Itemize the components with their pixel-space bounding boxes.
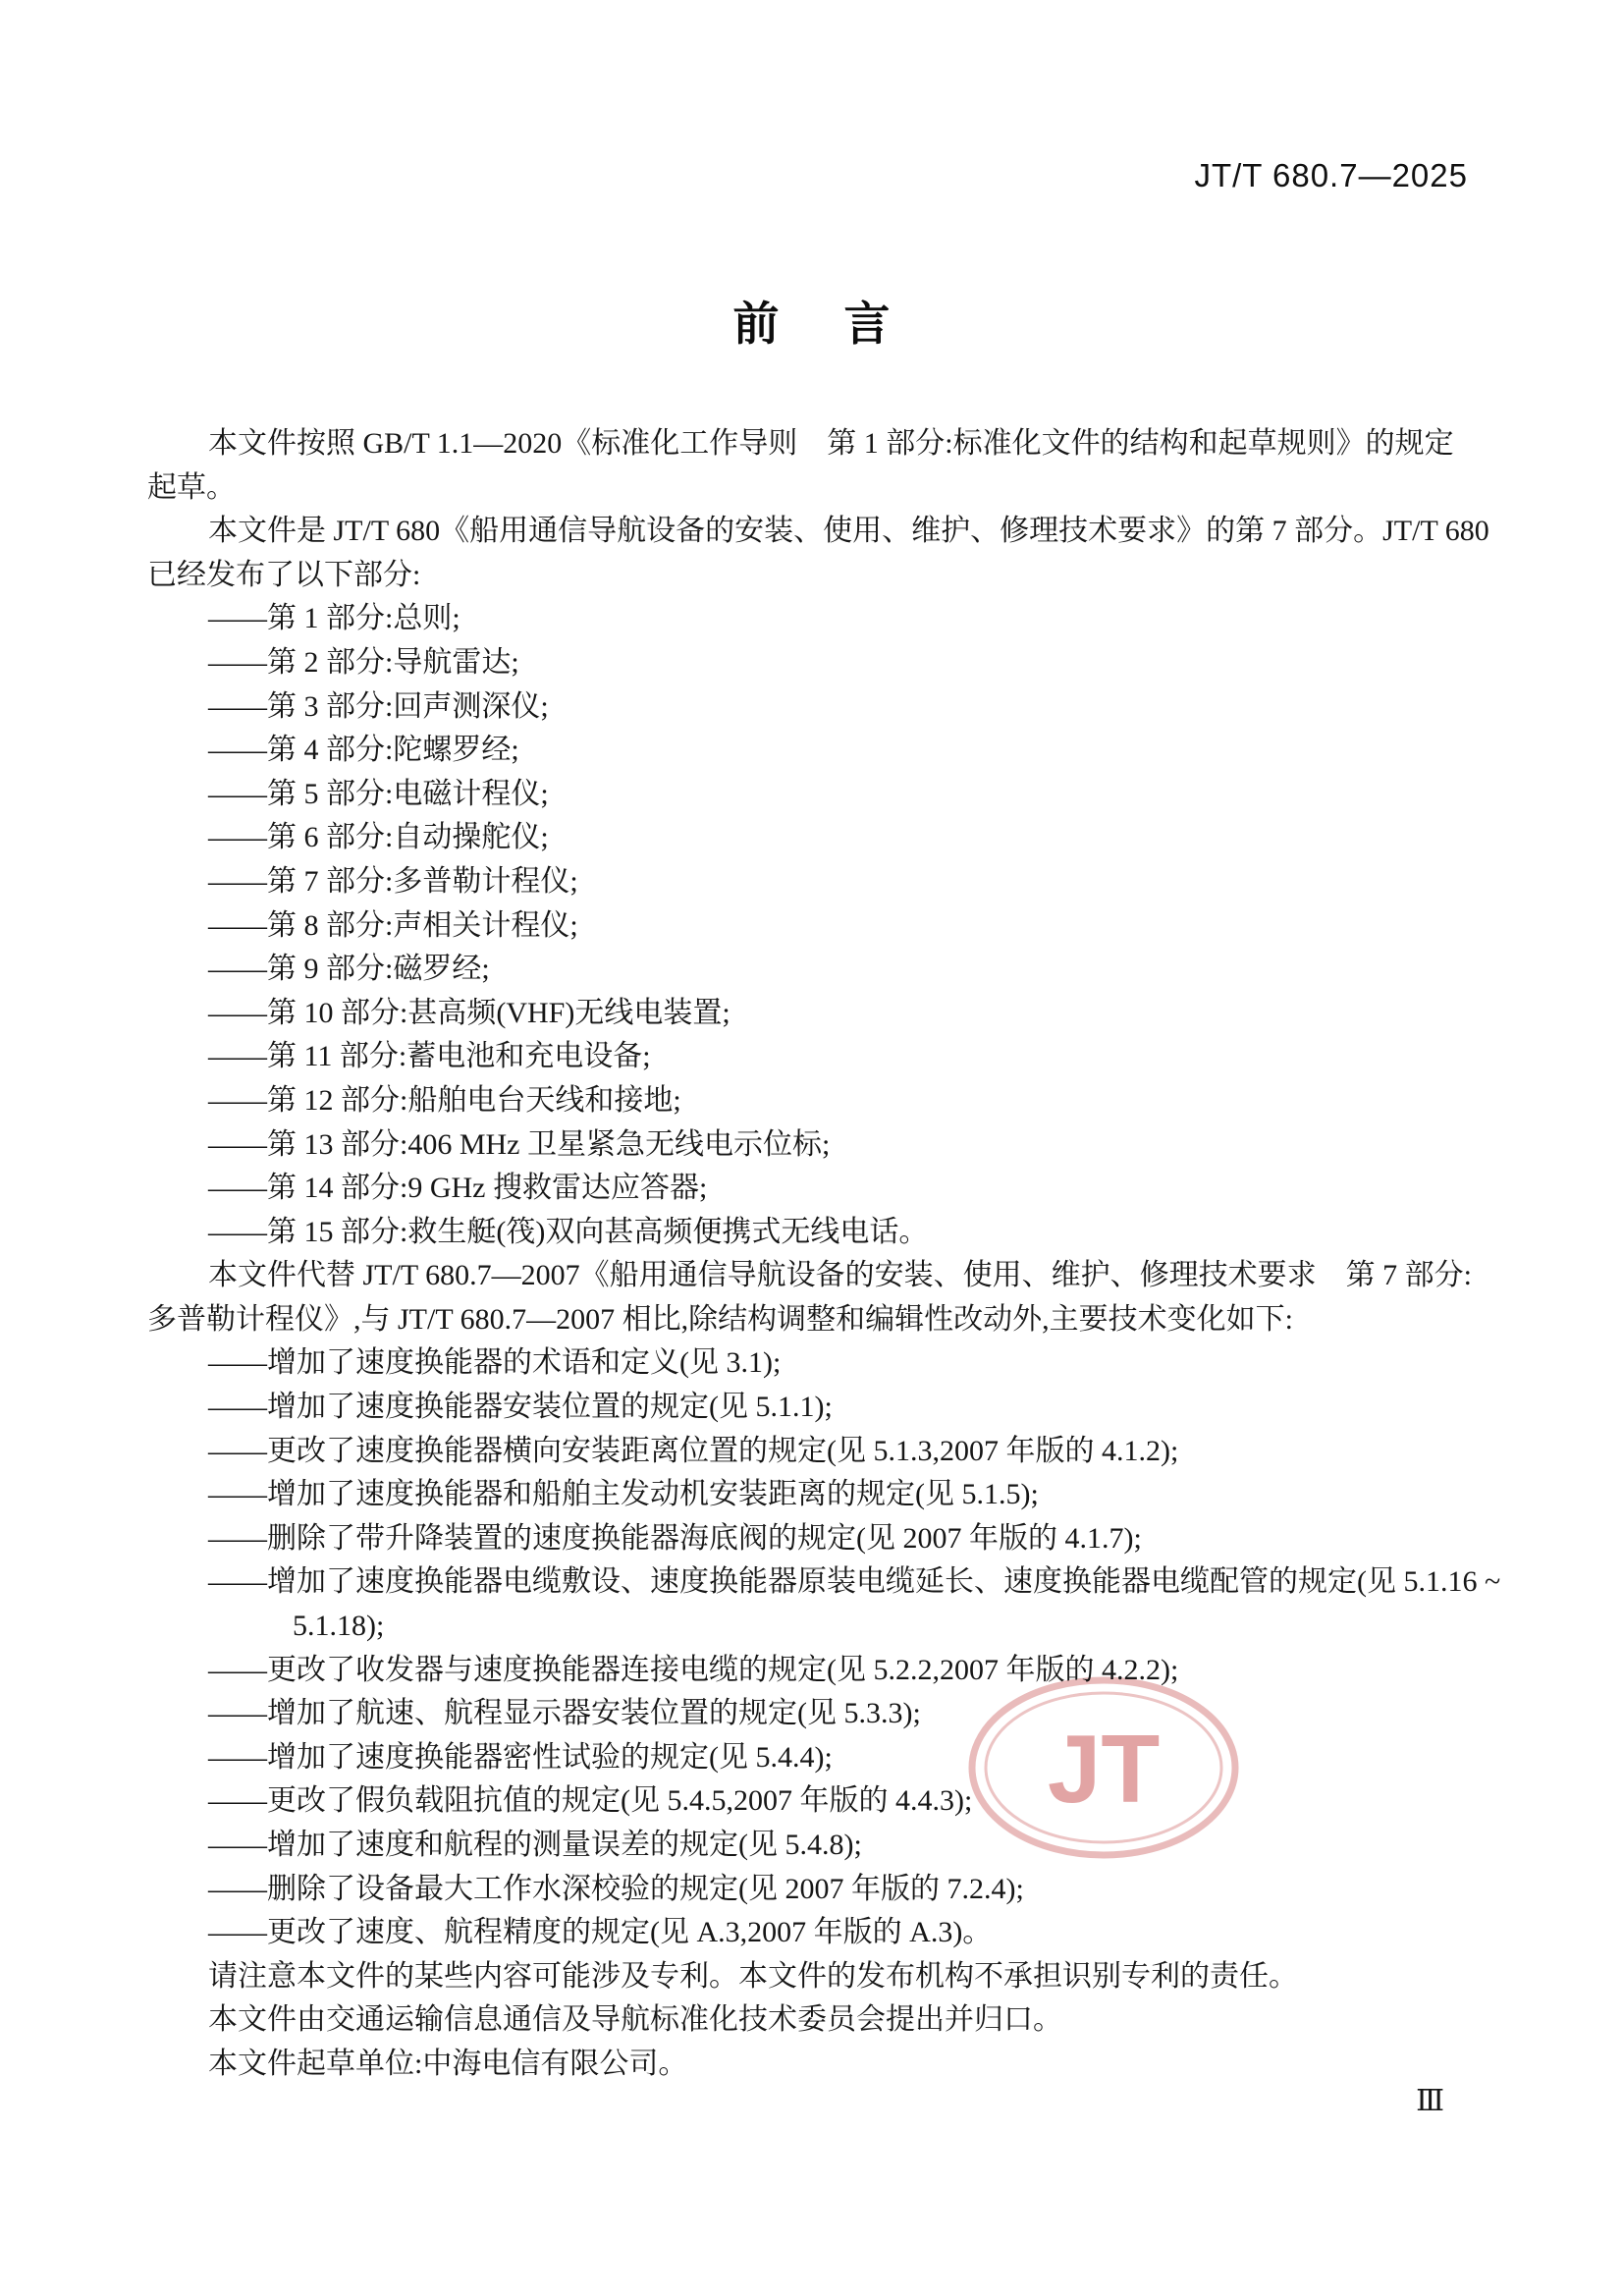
text-line: ——删除了设备最大工作水深校验的规定(见 2007 年版的 7.2.4); [147,1868,1483,1912]
text-line: ——第 9 部分:磁罗经; [147,948,1483,992]
text-line: ——增加了航速、航程显示器安装位置的规定(见 5.3.3); [147,1692,1483,1736]
text-line: ——增加了速度换能器密性试验的规定(见 5.4.4); [147,1736,1483,1780]
text-line: ——第 14 部分:9 GHz 搜救雷达应答器; [147,1167,1483,1211]
page-title-char-2: 言 [844,288,891,354]
text-line: ——增加了速度换能器电缆敷设、速度换能器原装电缆延长、速度换能器电缆配管的规定(… [147,1560,1483,1605]
text-line: ——第 10 部分:甚高频(VHF)无线电装置; [147,992,1483,1036]
text-line: ——增加了速度换能器的术语和定义(见 3.1); [147,1341,1483,1386]
text-line: ——更改了收发器与速度换能器连接电缆的规定(见 5.2.2,2007 年版的 4… [147,1649,1483,1693]
text-line: 本文件代替 JT/T 680.7—2007《船用通信导航设备的安装、使用、维护、… [147,1254,1483,1298]
text-line: ——增加了速度和航程的测量误差的规定(见 5.4.8); [147,1824,1483,1868]
text-line: ——第 4 部分:陀螺罗经; [147,729,1483,773]
text-line: 本文件按照 GB/T 1.1—2020《标准化工作导则 第 1 部分:标准化文件… [147,422,1483,466]
text-line: 本文件是 JT/T 680《船用通信导航设备的安装、使用、维护、修理技术要求》的… [147,510,1483,554]
text-line: 本文件起草单位:中海电信有限公司。 [147,2043,1483,2087]
page-title-char-1: 前 [733,288,780,354]
document-body: 本文件按照 GB/T 1.1—2020《标准化工作导则 第 1 部分:标准化文件… [147,422,1483,2087]
text-line: ——第 1 部分:总则; [147,597,1483,641]
text-line: ——第 5 部分:电磁计程仪; [147,773,1483,817]
text-line: ——第 3 部分:回声测深仪; [147,685,1483,730]
text-line: ——更改了假负载阻抗值的规定(见 5.4.5,2007 年版的 4.4.3); [147,1779,1483,1824]
text-line: ——第 2 部分:导航雷达; [147,641,1483,685]
text-line: ——增加了速度换能器和船舶主发动机安装距离的规定(见 5.1.5); [147,1473,1483,1517]
text-line: ——第 6 部分:自动操舵仪; [147,816,1483,860]
text-line: 请注意本文件的某些内容可能涉及专利。本文件的发布机构不承担识别专利的责任。 [147,1955,1483,1999]
text-line: 5.1.18); [147,1605,1483,1649]
text-line: 起草。 [147,466,1483,511]
text-line: ——第 7 部分:多普勒计程仪; [147,860,1483,904]
text-line: ——更改了速度、航程精度的规定(见 A.3,2007 年版的 A.3)。 [147,1911,1483,1955]
text-line: ——增加了速度换能器安装位置的规定(见 5.1.1); [147,1386,1483,1430]
text-line: ——第 12 部分:船舶电台天线和接地; [147,1079,1483,1123]
page-title: 前 言 [0,288,1623,354]
text-line: 多普勒计程仪》,与 JT/T 680.7—2007 相比,除结构调整和编辑性改动… [147,1298,1483,1342]
text-line: 本文件由交通运输信息通信及导航标准化技术委员会提出并归口。 [147,1998,1483,2043]
page-number: Ⅲ [1416,2084,1444,2118]
document-page: JT JT/T 680.7—2025 前 言 本文件按照 GB/T 1.1—20… [0,0,1623,2296]
text-line: ——删除了带升降装置的速度换能器海底阀的规定(见 2007 年版的 4.1.7)… [147,1517,1483,1561]
text-line: 已经发布了以下部分: [147,554,1483,598]
text-line: ——第 15 部分:救生艇(筏)双向甚高频便携式无线电话。 [147,1211,1483,1255]
text-line: ——第 11 部分:蓄电池和充电设备; [147,1035,1483,1079]
text-line: ——第 13 部分:406 MHz 卫星紧急无线电示位标; [147,1123,1483,1168]
text-line: ——第 8 部分:声相关计程仪; [147,904,1483,949]
standard-number: JT/T 680.7—2025 [1194,157,1468,194]
text-line: ——更改了速度换能器横向安装距离位置的规定(见 5.1.3,2007 年版的 4… [147,1430,1483,1474]
